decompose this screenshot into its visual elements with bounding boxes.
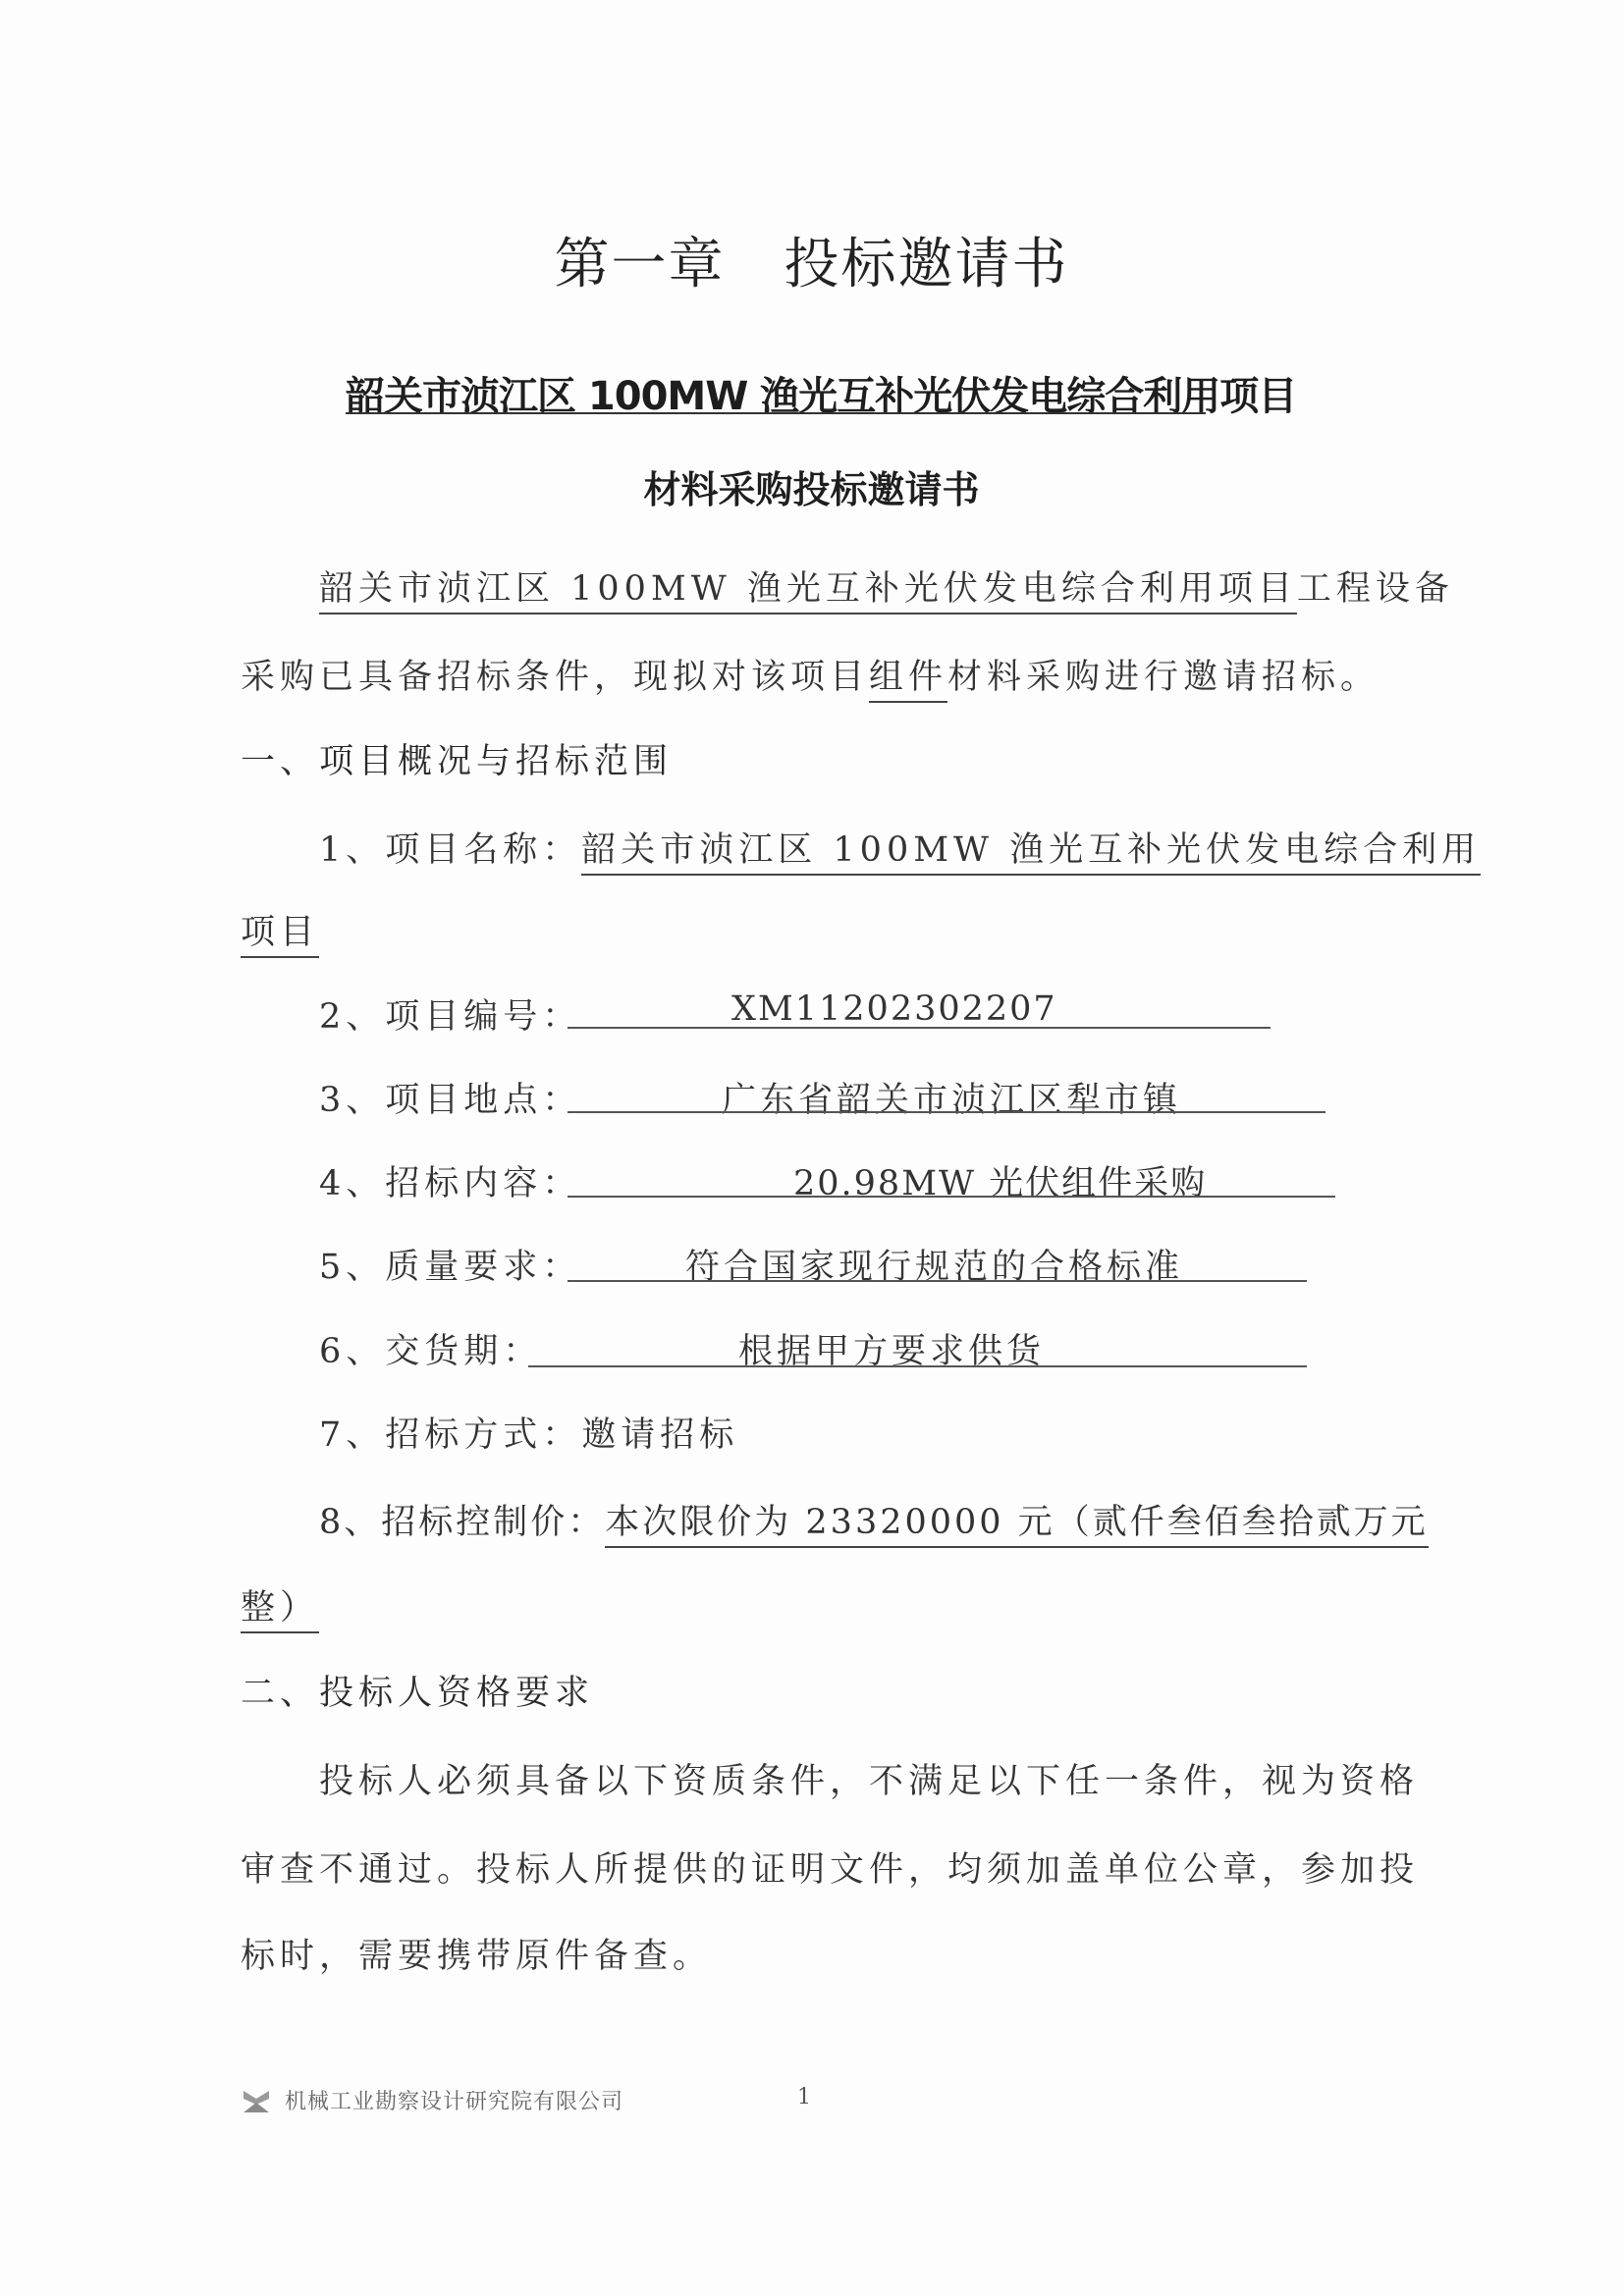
- intro-line-2: 采购已具备招标条件，现拟对该项目组件材料采购进行邀请招标。: [241, 650, 1380, 699]
- item-8-control-price-cont: 整）: [241, 1580, 319, 1629]
- company-logo-icon: [242, 2089, 271, 2114]
- item-2-label: 2、项目编号：: [319, 989, 581, 1039]
- footer-organization: 机械工业勘察设计研究院有限公司: [285, 2085, 623, 2115]
- item-3-underline: [568, 1111, 1325, 1113]
- qualification-line-1: 投标人必须具备以下资质条件，不满足以下任一条件，视为资格: [319, 1754, 1419, 1803]
- item-5-label: 5、质量要求：: [319, 1240, 581, 1289]
- project-title: 韶关市浈江区 100MW 渔光互补光伏发电综合利用项目: [346, 365, 1296, 421]
- intro-line-1: 韶关市浈江区 100MW 渔光互补光伏发电综合利用项目工程设备: [319, 561, 1454, 611]
- project-title-underline: [346, 412, 1206, 414]
- item-4-underline: [568, 1196, 1335, 1198]
- section-2-heading: 二、投标人资格要求: [241, 1666, 594, 1715]
- item-6-underline: [528, 1365, 1307, 1367]
- item-2-underline: [568, 1027, 1271, 1029]
- item-3-label: 3、项目地点：: [319, 1073, 581, 1122]
- item-1-project-name: 1、项目名称：韶关市浈江区 100MW 渔光互补光伏发电综合利用: [319, 823, 1481, 872]
- document-page: 第一章投标邀请书 韶关市浈江区 100MW 渔光互补光伏发电综合利用项目 材料采…: [0, 0, 1623, 2296]
- intro-project-name: 韶关市浈江区 100MW 渔光互补光伏发电综合利用项目: [319, 569, 1297, 614]
- item-5-underline: [568, 1280, 1307, 1282]
- intro-component: 组件: [869, 658, 947, 703]
- qualification-line-2: 审查不通过。投标人所提供的证明文件，均须加盖单位公章，参加投: [241, 1842, 1419, 1892]
- chapter-name: 投标邀请书: [784, 233, 1069, 296]
- item-8-control-price: 8、招标控制价：本次限价为 23320000 元（贰仟叁佰叁拾贰万元: [319, 1495, 1429, 1544]
- item-7-bid-method: 7、招标方式：邀请招标: [319, 1408, 738, 1457]
- chapter-title: 第一章投标邀请书: [0, 221, 1623, 299]
- qualification-line-3: 标时，需要携带原件备查。: [241, 1929, 712, 1978]
- item-3-project-location: 广东省韶关市浈江区犁市镇: [722, 1073, 1181, 1122]
- item-2-project-code: XM11202302207: [731, 989, 1057, 1029]
- item-4-label: 4、招标内容：: [319, 1156, 581, 1205]
- section-1-heading: 一、项目概况与招标范围: [241, 734, 673, 783]
- page-number: 1: [797, 2085, 811, 2109]
- invitation-subtitle: 材料采购投标邀请书: [0, 459, 1623, 513]
- chapter-number: 第一章: [555, 233, 726, 296]
- item-4-bid-content: 20.98MW 光伏组件采购: [793, 1156, 1207, 1205]
- item-6-label: 6、交货期：: [319, 1324, 542, 1373]
- item-1-project-name-cont: 项目: [241, 905, 319, 954]
